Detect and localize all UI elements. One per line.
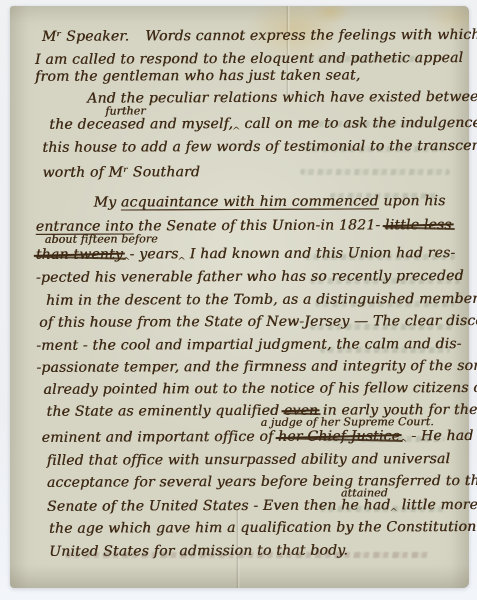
- struck-text: her Chief Justice: [278, 428, 400, 445]
- handwritten-text: the age which gave him a qualification b…: [49, 519, 477, 537]
- handwritten-text: Senate of the United States - Even then …: [47, 497, 391, 514]
- manuscript-line: of this house from the State of New-Jers…: [39, 313, 477, 331]
- manuscript-text-layer: Mʳ Speaker.Words cannot express the feel…: [9, 5, 471, 589]
- scan-stage: Mʳ Speaker.Words cannot express the feel…: [0, 0, 477, 600]
- handwritten-text: filled that office with unsurpassed abil…: [47, 451, 450, 469]
- handwritten-text: from the gentleman who has just taken se…: [35, 67, 360, 84]
- manuscript-line: already pointed him out to the notice of…: [43, 380, 477, 398]
- handwritten-text: acceptance for several years before bein…: [47, 473, 477, 491]
- handwritten-text: -passionate temper, and the firmness and…: [36, 358, 477, 376]
- manuscript-line: a judge of her Supreme Court.: [261, 415, 434, 429]
- handwritten-text: this house to add a few words of testimo…: [42, 138, 477, 156]
- manuscript-line: him in the descent to the Tomb, as a dis…: [46, 291, 477, 309]
- manuscript-line: about fifteen before: [45, 232, 158, 245]
- handwritten-text: United States for admission to that body…: [49, 543, 348, 560]
- handwritten-text: the Senate of this Union-in 1821-: [133, 217, 385, 234]
- handwritten-text: Words cannot express the feelings with w…: [145, 27, 477, 44]
- handwritten-text: little more than: [397, 497, 477, 514]
- handwritten-text: him in the descent to the Tomb, as a dis…: [46, 291, 477, 309]
- manuscript-line: worth of Mʳ Southard: [42, 164, 200, 181]
- handwritten-text: -ment - the cool and impartial judgment,…: [36, 336, 461, 354]
- handwritten-text: eminent and important office of: [42, 429, 278, 446]
- manuscript-line: My acquaintance with him commenced upon …: [94, 193, 446, 211]
- handwritten-text: I am called to respond to the eloquent a…: [35, 50, 463, 68]
- manuscript-line: And the peculiar relations which have ex…: [87, 89, 477, 107]
- struck-text: than twenty: [36, 247, 123, 263]
- handwritten-text: Mʳ Speaker.: [42, 28, 129, 44]
- handwritten-text: about fifteen before: [45, 232, 158, 245]
- manuscript-line: this house to add a few words of testimo…: [42, 138, 477, 156]
- handwritten-text: of this house from the State of New-Jers…: [39, 313, 477, 331]
- manuscript-line: -ment - the cool and impartial judgment,…: [36, 336, 461, 354]
- handwritten-text: already pointed him out to the notice of…: [43, 380, 477, 398]
- handwritten-text: upon his: [379, 193, 446, 209]
- handwritten-text: -pected his venerable father who has so …: [36, 268, 464, 286]
- manuscript-line: acceptance for several years before bein…: [47, 473, 477, 491]
- manuscript-line: I am called to respond to the eloquent a…: [35, 50, 463, 68]
- manuscript-line: -passionate temper, and the firmness and…: [36, 358, 477, 376]
- struck-text: little less: [385, 217, 452, 233]
- manuscript-line: Senate of the United States - Even then …: [47, 497, 477, 515]
- manuscript-line: United States for admission to that body…: [49, 543, 348, 560]
- manuscript-line: the deceased and myself,^ call on me to …: [49, 115, 477, 133]
- handwritten-text: a judge of her Supreme Court.: [261, 415, 434, 429]
- manuscript-line: Mʳ Speaker.Words cannot express the feel…: [42, 27, 477, 45]
- handwritten-text: the deceased and myself,: [49, 116, 233, 133]
- handwritten-text: acquaintance with him commenced: [121, 193, 379, 210]
- handwritten-text: And the peculiar relations which have ex…: [87, 89, 477, 107]
- handwritten-text: worth of Mʳ Southard: [42, 164, 200, 181]
- manuscript-line: from the gentleman who has just taken se…: [35, 67, 360, 84]
- handwritten-text: I had known and this Union had res-: [185, 245, 455, 262]
- handwritten-text: call on me to ask the indulgence of: [240, 115, 477, 132]
- manuscript-line: the age which gave him a qualification b…: [49, 519, 477, 537]
- handwritten-text: the State as eminently qualified: [46, 403, 283, 420]
- manuscript-paper: Mʳ Speaker.Words cannot express the feel…: [10, 6, 469, 588]
- handwritten-text: - years: [129, 246, 178, 262]
- manuscript-line: -pected his venerable father who has so …: [36, 268, 464, 286]
- manuscript-line: eminent and important office of her Chie…: [42, 428, 474, 446]
- handwritten-text: My: [94, 195, 121, 211]
- handwritten-text: - He had: [407, 428, 474, 444]
- manuscript-line: than twenty^- years^ I had known and thi…: [36, 245, 456, 263]
- manuscript-line: filled that office with unsurpassed abil…: [47, 451, 450, 469]
